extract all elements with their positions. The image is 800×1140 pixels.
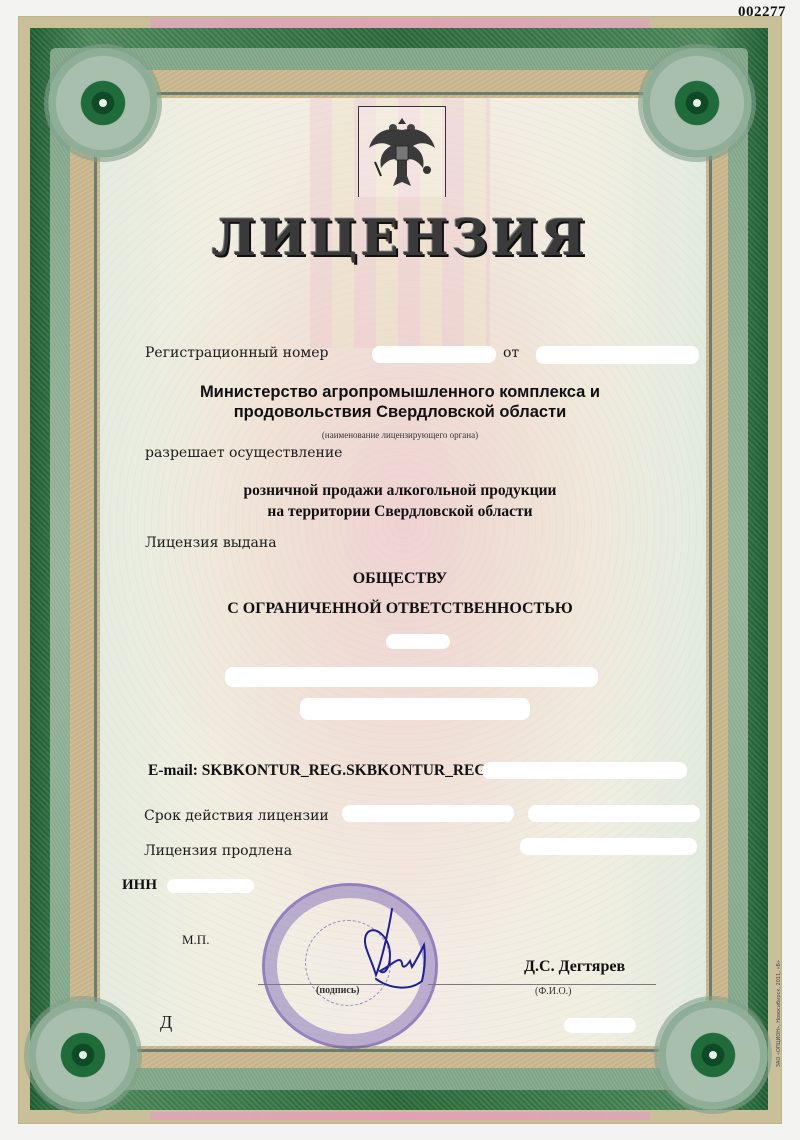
activity-line2: на территории Свердловской области — [0, 503, 800, 521]
registration-from-label: от — [503, 345, 519, 361]
seal-label: М.П. — [182, 932, 209, 948]
validity-start-redacted — [342, 805, 514, 822]
russian-coat-of-arms-icon — [358, 106, 446, 197]
activity-line1: розничной продажи алкогольной продукции — [0, 482, 800, 500]
issued-to-label: Лицензия выдана — [145, 535, 277, 551]
printer-mark: ЗАО «ОПЦИОН», Новосибирск, 2011, «Б» — [776, 960, 786, 1067]
name-line — [428, 984, 656, 985]
corner-rosette-icon — [28, 1000, 138, 1110]
corner-rosette-icon — [642, 48, 752, 158]
licensee-address-redacted — [225, 667, 598, 687]
footer-letter: Д — [160, 1012, 172, 1033]
signature-caption: (подпись) — [316, 985, 359, 996]
inn-redacted — [167, 879, 254, 893]
permits-label: разрешает осуществление — [145, 445, 342, 461]
corner-rosette-icon — [48, 48, 158, 158]
signatory-name: Д.С. Дегтярев — [524, 958, 625, 976]
registration-date-redacted — [536, 346, 699, 364]
licensing-body-caption: (наименование лицензирующего органа) — [0, 430, 800, 440]
licensing-body-line1: Министерство агропромышленного комплекса… — [0, 383, 800, 402]
registration-label: Регистрационный номер — [145, 345, 329, 361]
registration-number-redacted — [372, 346, 496, 363]
signatory-caption: (Ф.И.О.) — [535, 986, 572, 997]
bottom-ornament-band — [150, 1112, 650, 1120]
top-ornament-band — [150, 18, 650, 28]
licensing-body-line2: продовольствия Свердловской области — [0, 403, 800, 422]
inn-label: ИНН — [122, 877, 157, 894]
validity-label: Срок действия лицензии — [144, 808, 329, 824]
extended-label: Лицензия продлена — [144, 843, 292, 859]
footer-number-redacted — [564, 1018, 636, 1033]
licensee-line2: С ОГРАНИЧЕННОЙ ОТВЕТСТВЕННОСТЬЮ — [0, 600, 800, 618]
licensee-line1: ОБЩЕСТВУ — [0, 570, 800, 588]
document-title: ЛИЦЕНЗИЯ — [0, 208, 800, 267]
corner-rosette-icon — [658, 1000, 768, 1110]
handwritten-signature — [340, 905, 450, 995]
licensee-name-redacted — [386, 634, 450, 649]
email-label: E-mail: SKBKONTUR_REG.SKBKONTUR_REG- — [148, 762, 492, 780]
licensee-address2-redacted — [300, 698, 530, 720]
validity-end-redacted — [528, 805, 700, 822]
extended-date-redacted — [520, 838, 697, 855]
email-redacted — [482, 762, 687, 779]
